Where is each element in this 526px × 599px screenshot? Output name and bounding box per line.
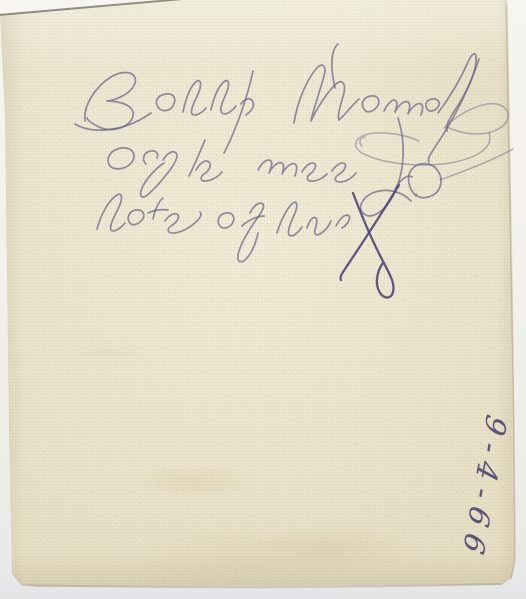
album-page-paper <box>0 0 526 599</box>
transcript-line: Bobby Womack <box>0 0 1 1</box>
inscription-transcript: Bobby Womack says wishes & lots of luck <box>0 0 1 1</box>
scanned-autograph-page: 9-4-66 Bobby Womack says wishes & lots o… <box>0 0 526 599</box>
paper-edge-shading <box>0 0 526 599</box>
